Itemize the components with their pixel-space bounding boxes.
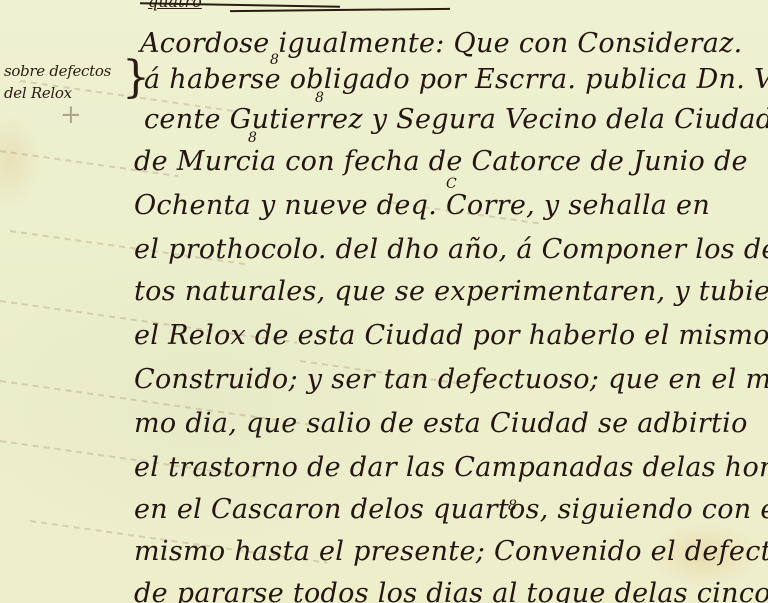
text-line: de Murcia con fecha de Catorce de Junio … [134,146,748,177]
abbreviation-mark: 8 [508,498,517,514]
margin-note-line: del Relox [4,82,116,104]
text-line: mismo hasta el presente; Convenido el de… [134,536,768,567]
abbreviation-mark: 8 [315,90,324,106]
text-line: de pararse todos los dias al toque delas… [134,578,768,603]
text-line: á haberse obligado por Escrra. publica D… [144,64,768,95]
manuscript-page: + quatro sobre defectos del Relox } Acor… [0,0,768,603]
text-line: el prothocolo. del dho año, á Componer l… [134,234,768,265]
text-line: mo dia, que salio de esta Ciudad se adbi… [134,408,748,439]
text-line: Acordose igualmente: Que con Consideraz. [140,28,743,59]
text-line: Ochenta y nueve deq. Corre, y sehalla en [134,190,710,221]
text-line: el Relox de esta Ciudad por haberlo el m… [134,320,768,351]
text-line: Construido; y ser tan defectuoso; que en… [134,364,768,395]
margin-note: sobre defectos del Relox [4,60,116,104]
text-line: tos naturales, que se experimentaren, y … [134,276,768,307]
top-rule [230,8,450,12]
text-line: cente Gutierrez y Segura Vecino dela Ciu… [144,104,768,135]
abbreviation-mark: 8 [270,52,279,68]
bleed-through-cross: + [60,100,82,130]
abbreviation-mark: C [446,176,457,192]
margin-note-line: sobre defectos [4,60,116,82]
text-line: el trastorno de dar las Campanadas delas… [134,452,768,483]
abbreviation-mark: 8 [248,130,257,146]
section-heading: quatro [148,0,202,11]
text-line: en el Cascaron delos quartos, siguiendo … [134,494,768,525]
